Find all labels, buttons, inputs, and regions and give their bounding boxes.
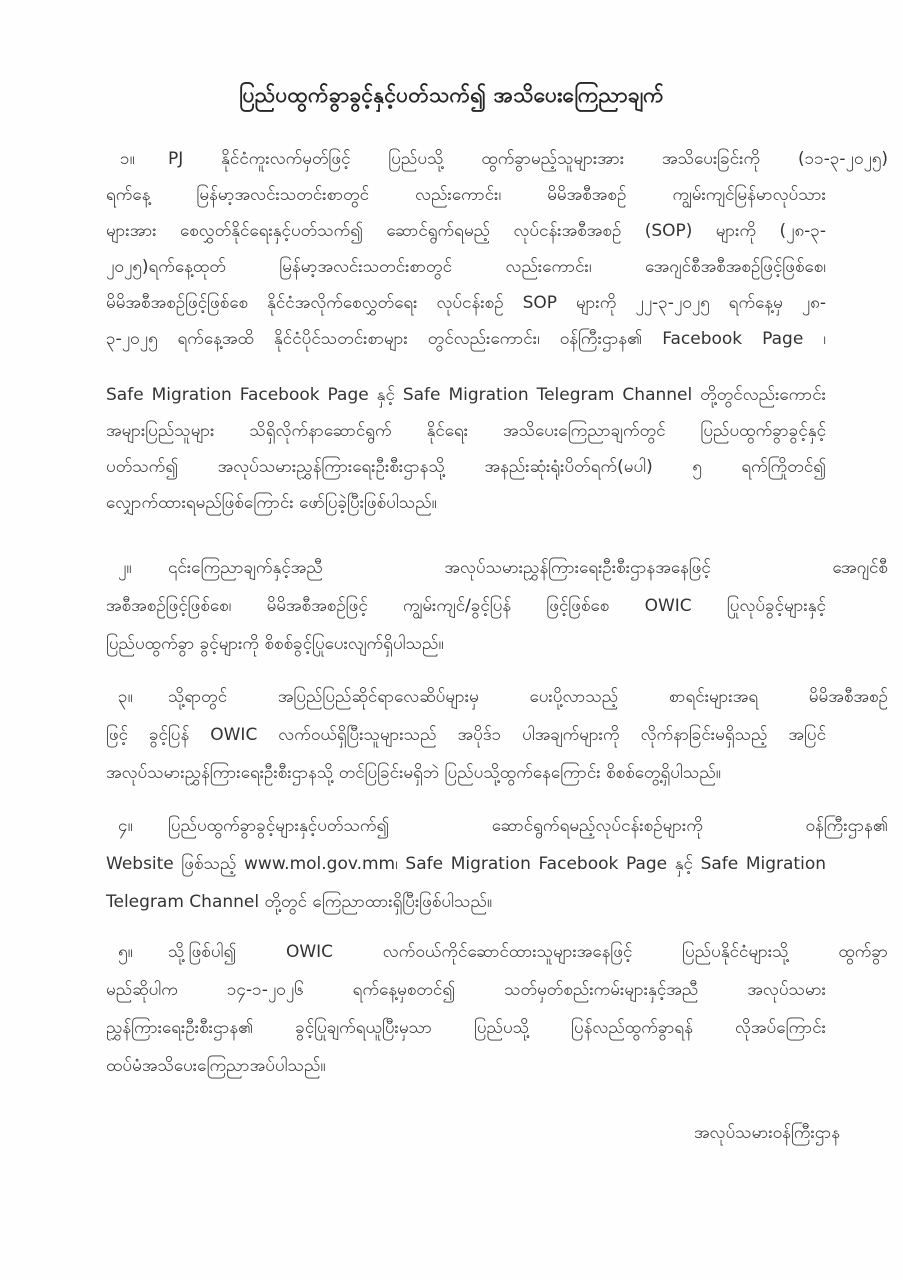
paragraph-number: ၁။	[120, 147, 135, 171]
paragraph-line: ပတ်သက်၍ အလုပ်သမားညွှန်ကြားရေးဦးစီးဌာနသို…	[106, 455, 826, 485]
scanned-document-page: ပြည်ပထွက်ခွာခွင့်နှင့်ပတ်သက်၍ အသိပေးကြေည…	[0, 0, 903, 1280]
paragraph-line: ပြည်ပထွက်ခွာခွင့်များနှင့်ပတ်သက်၍ ဆောင်ရ…	[168, 814, 888, 844]
paragraph-line: အစီအစဉ်ဖြင့်ဖြစ်စေ၊ မိမိအစီအစဉ်ဖြင့် ကျွ…	[106, 594, 826, 624]
paragraph-line: ၂၀၂၅)ရက်နေ့ထုတ် မြန်မာ့အလင်းသတင်းစာတွင် …	[106, 255, 826, 285]
paragraph-line: ၃-၂၀၂၅ ရက်နေ့အထိ နိုင်ငံပိုင်သတင်းစာများ…	[106, 327, 826, 357]
paragraph-line: Website ဖြစ်သည့် www.mol.gov.mm၊ Safe Mi…	[106, 852, 826, 882]
paragraph-line: ရက်နေ့ မြန်မာ့အလင်းသတင်းစာတွင် လည်းကောင်…	[106, 183, 826, 213]
paragraph-line: ထပ်မံအသိပေးကြေညာအပ်ပါသည်။	[106, 1054, 326, 1084]
paragraph-number: ၅။	[118, 940, 133, 964]
paragraph-line: PJ နိုင်ငံကူးလက်မှတ်ဖြင့် ပြည်ပသို့ ထွက်…	[168, 147, 888, 177]
paragraph-line: များအား စေလွှတ်နိုင်ရေးနှင့်ပတ်သက်၍ ဆောင…	[106, 219, 826, 249]
paragraph-line: အလုပ်သမားညွှန်ကြားရေးဦးစီးဌာနသို့ တင်ပြခ…	[106, 761, 721, 791]
issuing-ministry-signature: အလုပ်သမားဝန်ကြီးဌာန	[694, 1122, 840, 1147]
paragraph-line: သို့ရာတွင် အပြည်ပြည်ဆိုင်ရာလေဆိပ်များမှ …	[168, 685, 888, 715]
paragraph-line: မည်ဆိုပါက ၁၄-၁-၂၀၂၆ ရက်နေ့မှစတင်၍ သတ်မှတ…	[106, 978, 826, 1008]
paragraph-number: ၄။	[118, 814, 133, 838]
paragraph-line: လျှောက်ထားရမည်ဖြစ်ကြောင်း ဖော်ပြခဲ့ပြီးဖ…	[106, 491, 437, 521]
paragraph-line: မိမိအစီအစဉ်ဖြင့်ဖြစ်စေ နိုင်ငံအလိုက်စေလွ…	[106, 291, 826, 321]
paragraph-line: ပြည်ပထွက်ခွာ ခွင့်များကို စိစစ်ခွင့်ပြုပ…	[106, 632, 444, 662]
paragraph-number: ၃။	[118, 685, 133, 709]
document-title: ပြည်ပထွက်ခွာခွင့်နှင့်ပတ်သက်၍ အသိပေးကြေည…	[0, 82, 903, 113]
paragraph-line: ဖြင့် ခွင့်ပြန် OWIC လက်ဝယ်ရှိပြီးသူများ…	[106, 723, 826, 753]
paragraph-number: ၂။	[118, 556, 132, 580]
paragraph-line: အများပြည်သူများ သိရှိလိုက်နာဆောင်ရွက် နိ…	[106, 419, 826, 449]
paragraph-line: သို့ဖြစ်ပါ၍ OWIC လက်ဝယ်ကိုင်ဆောင်ထားသူမျ…	[168, 940, 888, 970]
paragraph-line: Safe Migration Facebook Page နှင့် Safe …	[106, 383, 826, 413]
paragraph-line: Telegram Channel တို့တွင် ကြေညာထားရှိပြီ…	[106, 890, 492, 920]
paragraph-line: ညွှန်ကြားရေးဦးစီးဌာန၏ ခွင့်ပြုချက်ရယူပြီ…	[106, 1016, 826, 1046]
paragraph-line: ၎င်းကြေညာချက်နှင့်အညီ အလုပ်သမားညွှန်ကြား…	[168, 556, 888, 586]
